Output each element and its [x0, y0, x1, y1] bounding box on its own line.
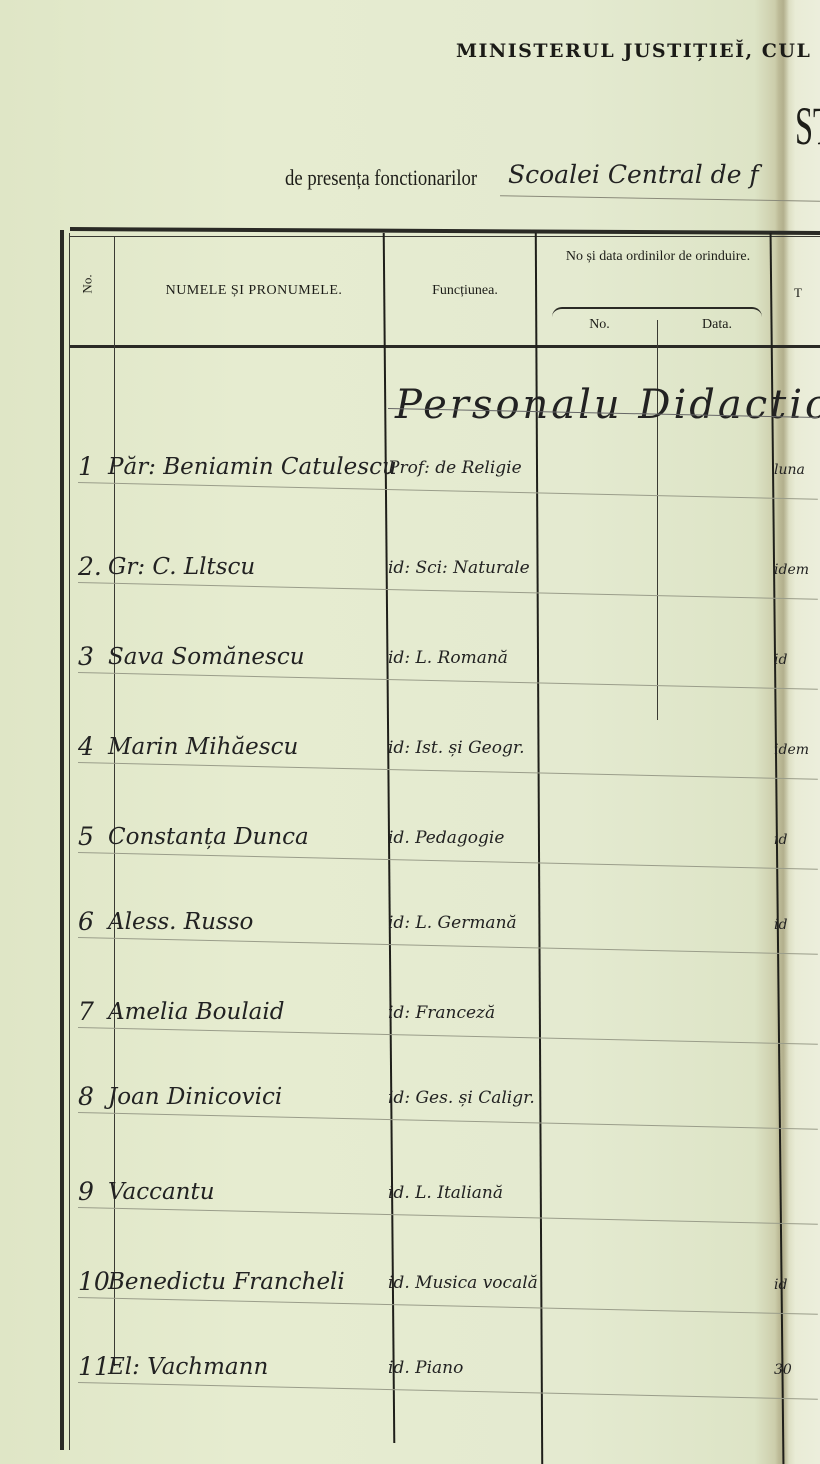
- row-rule: [78, 937, 818, 955]
- row-function: id. Piano: [388, 1358, 558, 1378]
- row-name: Constanța Dunca: [108, 824, 418, 850]
- row-name: Joan Dinicovici: [108, 1084, 418, 1110]
- table-row: 6 Aless. Russo id: L. Germană id: [70, 895, 820, 955]
- header-function: Funcțiunea.: [392, 282, 538, 300]
- table-row: 11 El: Vachmann id. Piano 30: [70, 1340, 820, 1400]
- row-function: id. L. Italiană: [388, 1183, 558, 1203]
- ministry-heading: MINISTERUL JUSTIȚIEĬ, CUL: [456, 40, 811, 62]
- row-rule: [78, 1382, 818, 1400]
- row-function: id: Ges. și Caligr.: [388, 1088, 558, 1108]
- row-rule: [78, 582, 818, 600]
- table-top-rule: [70, 227, 820, 235]
- subtitle-printed: de presența fonctionarilor: [285, 165, 477, 191]
- table-row: 2. Gr: C. Lltscu id: Sci: Naturale idem: [70, 540, 820, 600]
- row-edge-note: id: [774, 1277, 787, 1293]
- row-name: Marin Mihăescu: [108, 734, 418, 760]
- row-rule: [78, 852, 818, 870]
- subtitle-underline: [500, 195, 820, 202]
- row-function: id: L. Romană: [388, 648, 558, 668]
- row-function: id: Franceză: [388, 1003, 558, 1023]
- header-orders-no: No.: [542, 316, 657, 334]
- header-next-column: T: [788, 284, 808, 302]
- row-function: id: L. Germană: [388, 913, 558, 933]
- row-rule: [78, 482, 818, 500]
- table-row: 8 Joan Dinicovici id: Ges. și Caligr.: [70, 1070, 820, 1130]
- table-row: 7 Amelia Boulaid id: Franceză: [70, 985, 820, 1045]
- row-edge-note: id: [774, 917, 787, 933]
- row-name: Amelia Boulaid: [108, 999, 418, 1025]
- row-name: Păr: Beniamin Catulescu: [108, 454, 418, 480]
- row-function: id. Pedagogie: [388, 828, 558, 848]
- row-name: Gr: C. Lltscu: [108, 554, 418, 580]
- row-rule: [78, 1112, 818, 1130]
- document-title-fragment: ST: [795, 95, 820, 157]
- row-edge-note: idem: [774, 742, 809, 758]
- table-row: 9 Vaccantu id. L. Italiană: [70, 1165, 820, 1225]
- header-orders-date: Data.: [660, 316, 774, 334]
- row-name: Sava Somănescu: [108, 644, 418, 670]
- header-orders-group: No și data ordinilor de orinduire.: [542, 248, 774, 266]
- row-rule: [78, 1297, 818, 1315]
- header-no: No.: [79, 274, 97, 293]
- row-rule: [78, 1207, 818, 1225]
- row-rule: [78, 762, 818, 780]
- table-row: 3 Sava Somănescu id: L. Romană id: [70, 630, 820, 690]
- row-edge-note: luna: [774, 462, 805, 478]
- row-function: id: Ist. și Geogr.: [388, 738, 558, 758]
- table-row: 5 Constanța Dunca id. Pedagogie id: [70, 810, 820, 870]
- table-header-bottom-rule: [70, 345, 820, 348]
- row-rule: [78, 672, 818, 690]
- row-function: Prof: de Religie: [388, 458, 558, 478]
- table-left-border: [60, 230, 64, 1450]
- row-edge-note: idem: [774, 562, 809, 578]
- header-name: NUMELE ȘI PRONUMELE.: [120, 282, 388, 300]
- row-edge-note: 30: [774, 1362, 792, 1378]
- row-name: Vaccantu: [108, 1179, 418, 1205]
- row-edge-note: id: [774, 832, 787, 848]
- row-name: Benedictu Francheli: [108, 1269, 418, 1295]
- row-name: Aless. Russo: [108, 909, 418, 935]
- row-edge-note: id: [774, 652, 787, 668]
- row-rule: [78, 1027, 818, 1045]
- table-top-rule-inner: [70, 236, 820, 237]
- row-function: id. Musica vocală: [388, 1273, 558, 1293]
- table-row: 10 Benedictu Francheli id. Musica vocală…: [70, 1255, 820, 1315]
- section-title: Personalu Didactic: [395, 382, 820, 428]
- row-name: El: Vachmann: [108, 1354, 418, 1380]
- subtitle-handwritten-institution: Scoalei Central de f: [508, 160, 759, 189]
- table-row: 1 Păr: Beniamin Catulescu Prof: de Relig…: [70, 440, 820, 500]
- table-row: 4 Marin Mihăescu id: Ist. și Geogr. idem: [70, 720, 820, 780]
- row-function: id: Sci: Naturale: [388, 558, 558, 578]
